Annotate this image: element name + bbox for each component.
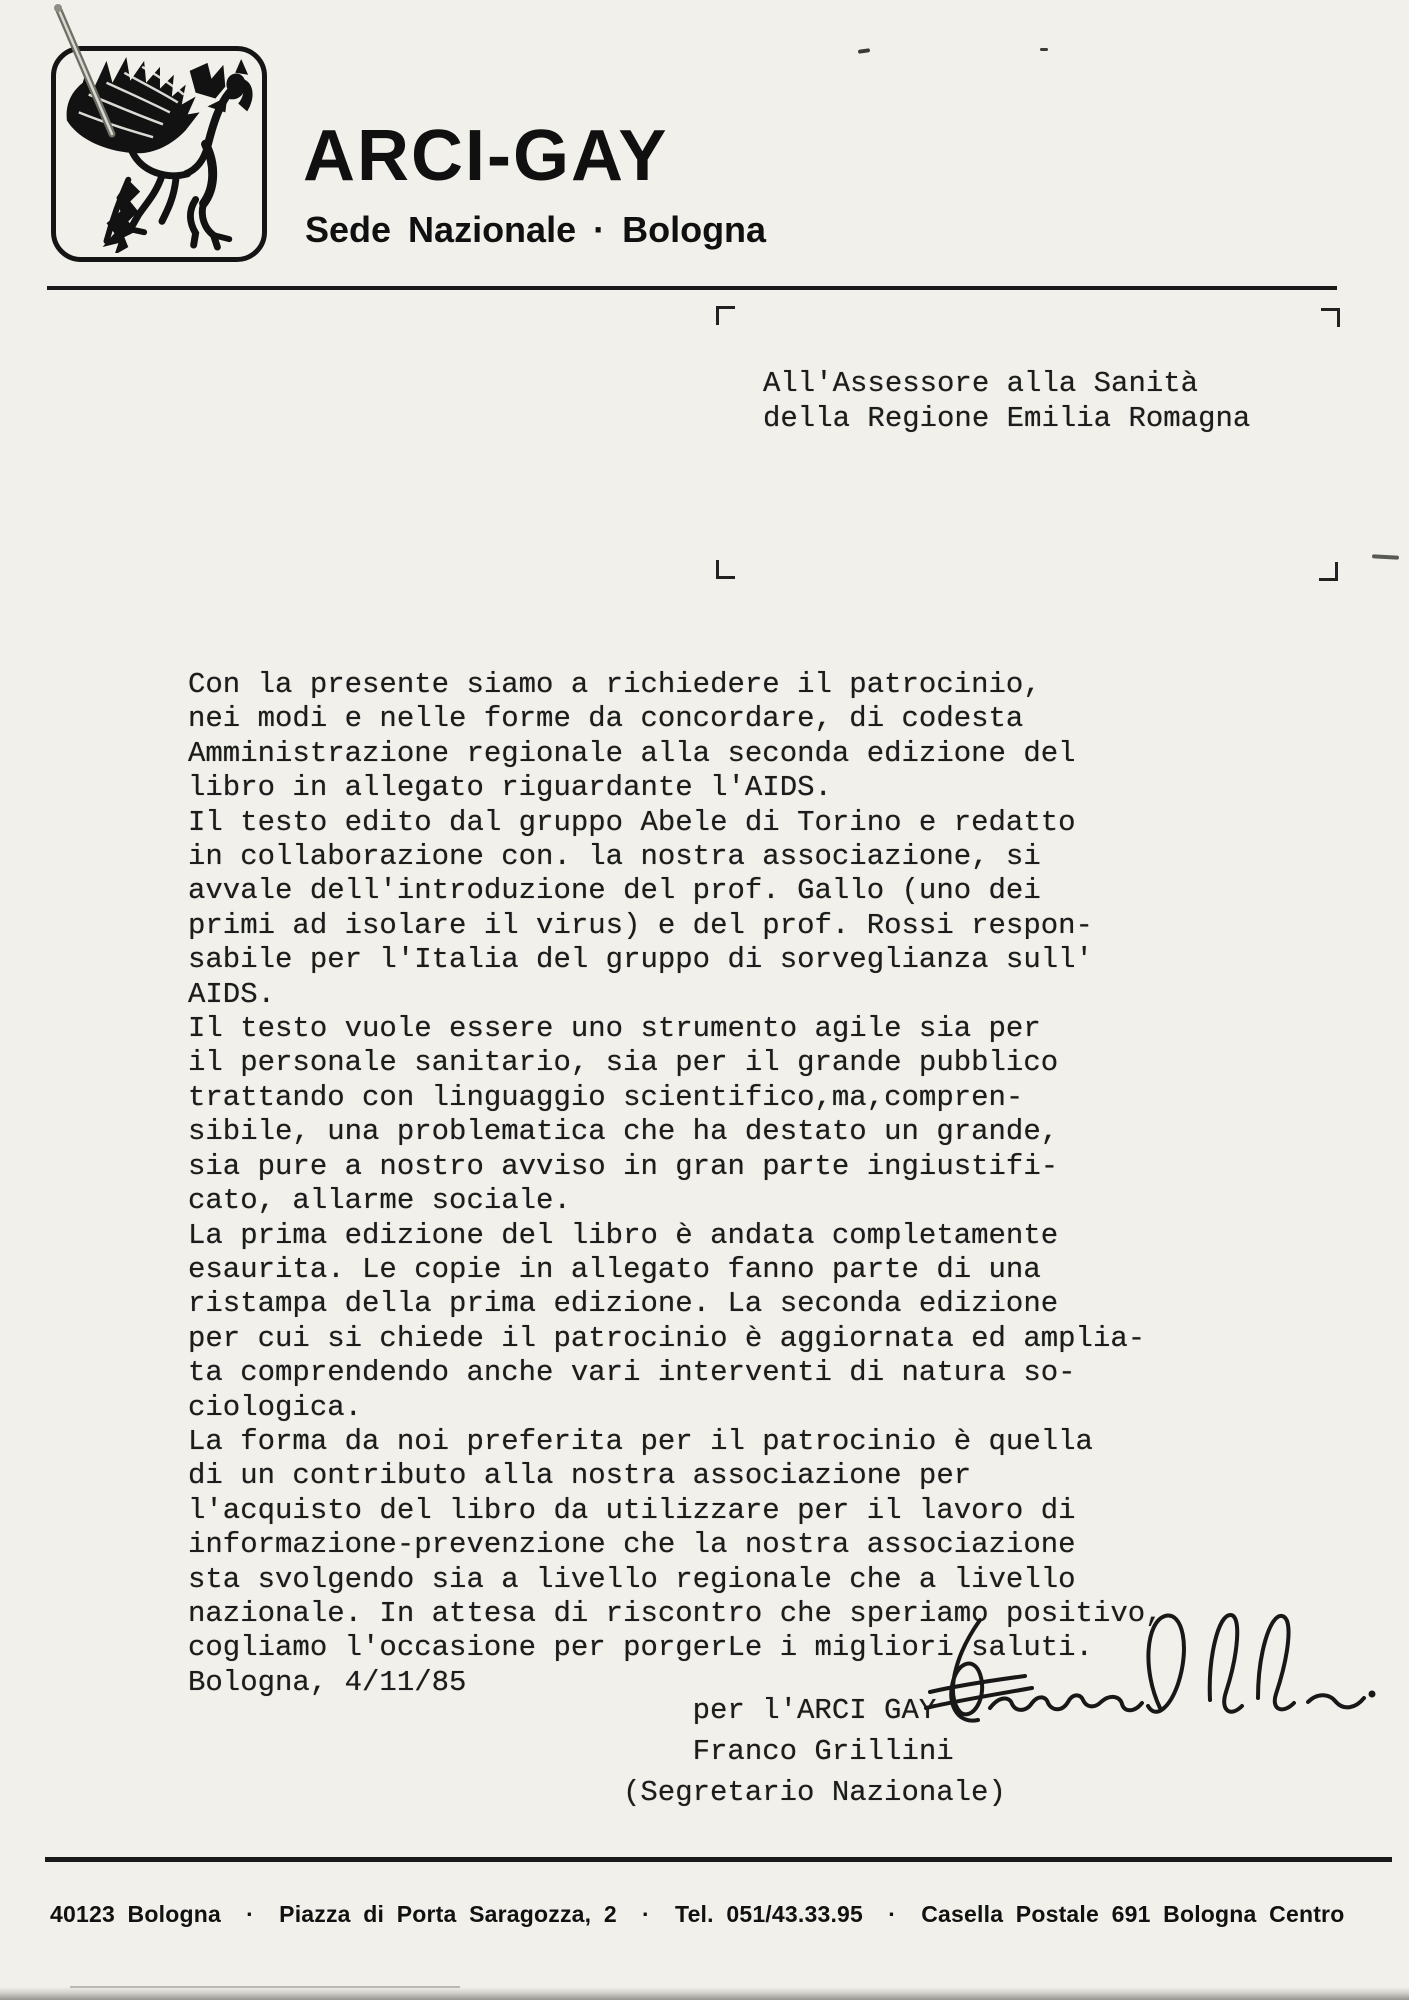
footer-rule	[45, 1857, 1392, 1862]
letter-paper: ARCI-GAY Sede Nazionale · Bologna All'As…	[0, 0, 1409, 2000]
address-window-mark-top-left	[716, 306, 735, 325]
pegasus-logo-icon	[58, 53, 258, 253]
address-window-mark-bottom-right	[1319, 562, 1338, 581]
handwritten-signature	[920, 1600, 1380, 1770]
header-rule	[47, 286, 1337, 290]
scan-speck	[1040, 48, 1048, 51]
letter-body: Con la presente siamo a richiedere il pa…	[188, 668, 1163, 1666]
footer-address: 40123 Bologna · Piazza di Porta Saragozz…	[50, 1901, 1344, 1928]
date-line: Bologna, 4/11/85	[188, 1666, 466, 1700]
scan-speck	[858, 48, 870, 54]
recipient-address: All'Assessore alla Sanità della Regione …	[763, 366, 1250, 436]
scan-edge-shadow	[0, 1987, 1409, 2000]
address-window-mark-top-right	[1321, 308, 1340, 327]
page-title: ARCI-GAY	[303, 120, 668, 192]
logo-box	[51, 46, 267, 262]
address-window-mark-bottom-left	[716, 560, 735, 579]
margin-dash	[1372, 554, 1399, 559]
org-subtitle: Sede Nazionale · Bologna	[305, 212, 766, 248]
